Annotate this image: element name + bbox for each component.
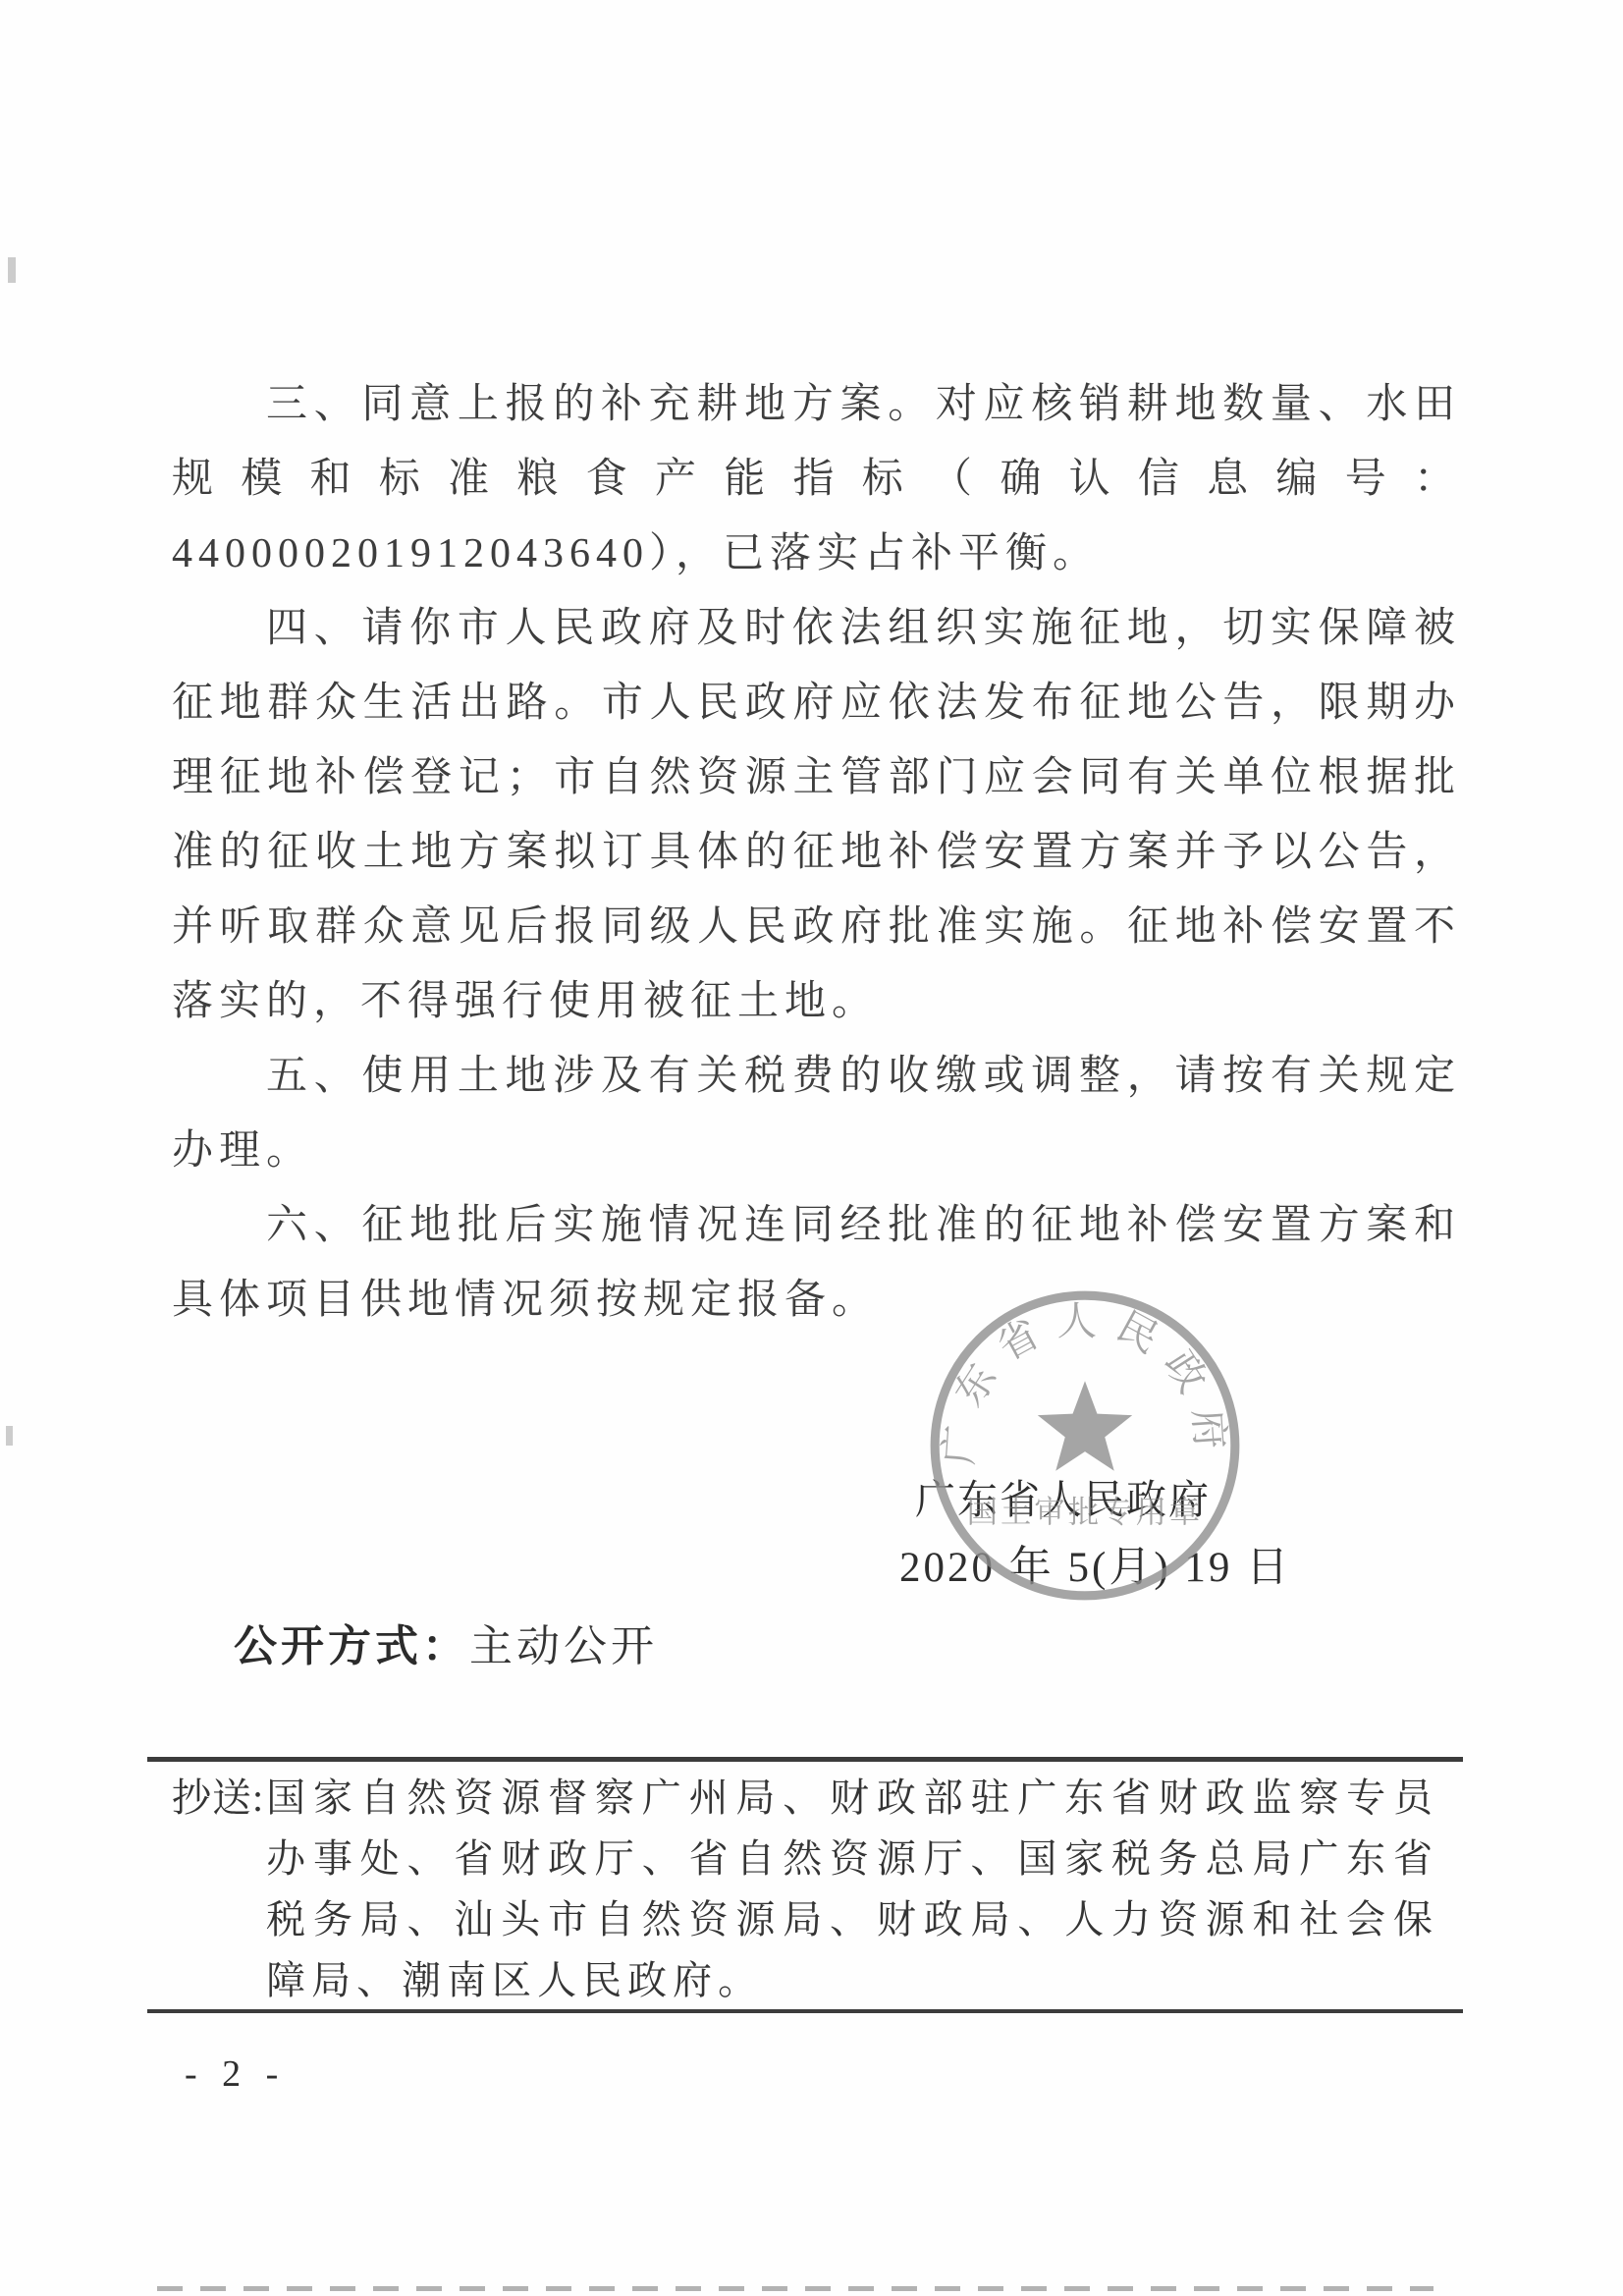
page-number: - 2 -	[185, 2052, 286, 2096]
disclosure-line: 公开方式：主动公开	[234, 1611, 658, 1673]
paragraph-5: 五、使用土地涉及有关税费的收缴或调整，请按有关规定办理。	[172, 1039, 1461, 1188]
disclosure-label: 公开方式：	[234, 1622, 469, 1670]
cc-label: 抄送:	[172, 1768, 264, 2011]
signature-date: 2020 年 5(月) 19 日	[899, 1534, 1291, 1594]
signature-issuer: 广东省人民政府	[915, 1467, 1211, 1525]
disclosure-value: 主动公开	[469, 1622, 658, 1670]
paragraph-4: 四、请你市人民政府及时依法组织实施征地，切实保障被征地群众生活出路。市人民政府应…	[172, 591, 1461, 1039]
cc-divider-bottom	[147, 2009, 1463, 2013]
cc-divider-top	[147, 1757, 1463, 1762]
scan-edge-artifact	[157, 2286, 1434, 2291]
document-page: 三、同意上报的补充耕地方案。对应核销耕地数量、水田规模和标准粮食产能指标（确认信…	[0, 0, 1623, 2296]
paragraph-3: 三、同意上报的补充耕地方案。对应核销耕地数量、水田规模和标准粮食产能指标（确认信…	[172, 367, 1461, 591]
letter-body: 三、同意上报的补充耕地方案。对应核销耕地数量、水田规模和标准粮食产能指标（确认信…	[172, 367, 1461, 1338]
cc-recipients: 国家自然资源督察广州局、财政部驻广东省财政监察专员办事处、省财政厅、省自然资源厅…	[266, 1768, 1438, 2011]
scan-speck-artifact	[6, 1426, 13, 1446]
paragraph-6: 六、征地批后实施情况连同经批准的征地补偿安置方案和具体项目供地情况须按规定报备。	[172, 1188, 1461, 1338]
cc-block: 抄送: 国家自然资源督察广州局、财政部驻广东省财政监察专员办事处、省财政厅、省自…	[172, 1768, 1438, 2011]
scan-speck-artifact	[8, 257, 16, 283]
star-icon	[1038, 1381, 1132, 1471]
